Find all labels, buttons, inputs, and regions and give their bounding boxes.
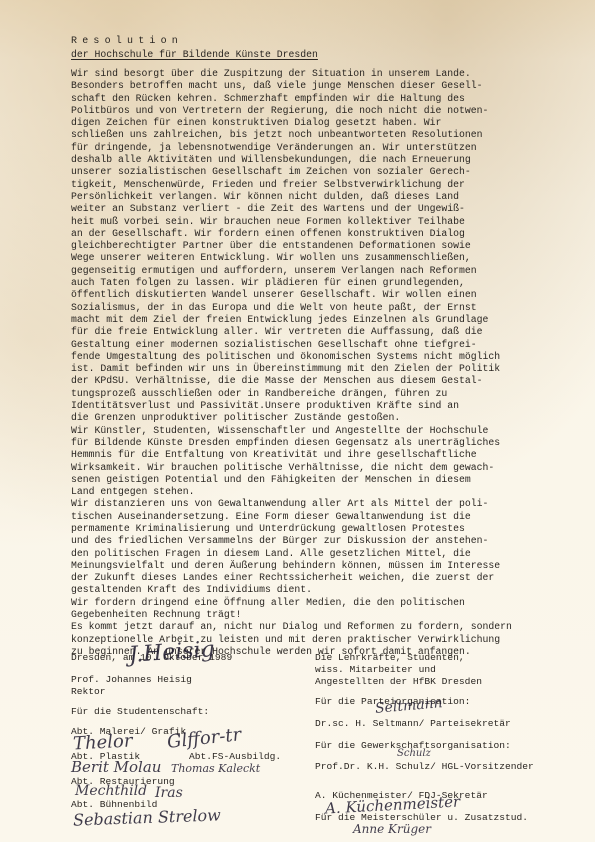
- body-line: und des friedlichen Versammelns der Bürg…: [71, 535, 571, 547]
- body-line: gestaltenden Kraft des Individiums dient…: [71, 584, 571, 596]
- document-title: Resolution: [71, 36, 571, 48]
- dept-sculpture-label: Abt. Plastik: [71, 751, 140, 762]
- body-line: schaft den Rücken kehren. Schmerzhaft em…: [71, 93, 571, 105]
- dept-restoration-label: Abt. Restaurierung: [71, 776, 175, 787]
- body-line: ist. Damit befinden wir uns in Übereinst…: [71, 363, 571, 375]
- union-signer: Prof.Dr. K.H. Schulz/ HGL-Vorsitzender: [315, 761, 534, 772]
- body-line: unserer sozialistischen Gesellschaft im …: [71, 166, 571, 178]
- body-line: für Bildende Künste Dresden empfinden di…: [71, 437, 571, 449]
- body-line: schließen uns zahlreichen, bis jetzt noc…: [71, 129, 571, 141]
- body-line: tigkeit, Menschenwürde, Frieden und frei…: [71, 179, 571, 191]
- body-line: auch Taten folgen zu lassen. Wir plädier…: [71, 277, 571, 289]
- faculty-line-1: Die Lehrkräfte, Studenten,: [315, 652, 465, 663]
- dept-stage-label: Abt. Bühnenbild: [71, 799, 157, 810]
- body-line: für dringende, ja lebensnotwendige Verän…: [71, 142, 571, 154]
- body-line: Es kommt jetzt darauf an, nicht nur Dial…: [71, 621, 571, 633]
- body-line: Persönlichkeit verlangen. Wir können nic…: [71, 191, 571, 203]
- body-line: konzeptionelle Arbeit zu leisten und mit…: [71, 634, 571, 646]
- place-date: Dresden, am 10. Oktober 1989: [71, 652, 232, 663]
- fdj-signer: A. Küchenmeister/ FDJ-Sekretär: [315, 790, 488, 801]
- body-line: tischen Auseinandersetzung. Eine Form di…: [71, 511, 571, 523]
- body-line: Gegebenheiten Rechnung trägt!: [71, 609, 571, 621]
- body-line: den politischen Fragen in diesem Land. A…: [71, 548, 571, 560]
- masters-heading: Für die Meisterschüler u. Zusatzstud.: [315, 812, 528, 823]
- rector-title: Rektor: [71, 686, 106, 697]
- body-line: gleichberechtigter Partner über die ents…: [71, 240, 571, 252]
- body-line: heit muß vorbei sein. Wir brauchen neue …: [71, 216, 571, 228]
- body-line: Sozialismus, der in das Europa und die W…: [71, 302, 571, 314]
- body-line: tungsprozeß ausschließen oder in Randber…: [71, 388, 571, 400]
- dept-painting-label: Abt. Malerei/ Grafik: [71, 726, 186, 737]
- body-line: permamente Kriminalisierung und Unterdrü…: [71, 523, 571, 535]
- body-line: gegenseitig ermutigen und auffordern, un…: [71, 265, 571, 277]
- party-signer: Dr.sc. H. Seltmann/ Parteisekretär: [315, 718, 511, 729]
- body-line: Wir Künstler, Studenten, Wissenschaftler…: [71, 425, 571, 437]
- body-line: Wege unserer weiteren Entwicklung. Wir w…: [71, 252, 571, 264]
- union-heading: Für die Gewerkschaftsorganisation:: [315, 740, 511, 751]
- body-line: öffentlich diskutierten Wandel unserer G…: [71, 289, 571, 301]
- body-line: Hemmnis für die Entfaltung von Kreativit…: [71, 449, 571, 461]
- body-line: der KPdSU. Verhältnisse, die die Masse d…: [71, 375, 571, 387]
- body-line: Wir distanzieren uns von Gewaltanwendung…: [71, 498, 571, 510]
- body-line: deshalb alle Aktivitäten und Willensbeku…: [71, 154, 571, 166]
- body-line: macht mit dem Ziel der freien Entwicklun…: [71, 314, 571, 326]
- document-subtitle: der Hochschule für Bildende Künste Dresd…: [71, 48, 571, 61]
- faculty-line-2: wiss. Mitarbeiter und: [315, 664, 436, 675]
- body-line: fende Umgestaltung des politischen und ö…: [71, 351, 571, 363]
- body-line: weiter an Substanz verliert - die Zeit d…: [71, 203, 571, 215]
- body-line: die Grenzen unproduktiver politischer Zu…: [71, 412, 571, 424]
- body-line: Meinungsvielfalt und deren Äußerung behi…: [71, 560, 571, 572]
- dept-fs-label: Abt.FS-Ausbildg.: [189, 751, 281, 762]
- body-line: Wirksamkeit. Wir brauchen politische Ver…: [71, 462, 571, 474]
- body-line: Wir fordern dringend eine Öffnung aller …: [71, 597, 571, 609]
- document-body: Wir sind besorgt über die Zuspitzung der…: [71, 68, 571, 658]
- body-line: Land entgegen stehen.: [71, 486, 571, 498]
- body-line: senen geistigen Potential und den Fähigk…: [71, 474, 571, 486]
- body-line: digen Zeichen für einen konstruktiven Di…: [71, 117, 571, 129]
- body-line: für die freie Entwicklung aller. Wir ver…: [71, 326, 571, 338]
- body-line: Politbüros und von Vertretern der Regier…: [71, 105, 571, 117]
- body-line: der Zukunft dieses Landes einer Rechtssi…: [71, 572, 571, 584]
- party-heading: Für die Parteiorganisation:: [315, 696, 470, 707]
- body-line: an der Gesellschaft. Wir fordern einen o…: [71, 228, 571, 240]
- body-line: Identitätsverlust und Passivität.Unsere …: [71, 400, 571, 412]
- body-line: Wir sind besorgt über die Zuspitzung der…: [71, 68, 571, 80]
- resolution-document: Resolution der Hochschule für Bildende K…: [71, 36, 571, 658]
- rector-name: Prof. Johannes Heisig: [71, 674, 192, 685]
- students-heading: Für die Studentenschaft:: [71, 706, 209, 717]
- body-line: Besonders betroffen macht uns, daß viele…: [71, 80, 571, 92]
- body-line: Gestaltung einer modernen sozialistische…: [71, 339, 571, 351]
- faculty-line-3: Angestellten der HfBK Dresden: [315, 676, 482, 687]
